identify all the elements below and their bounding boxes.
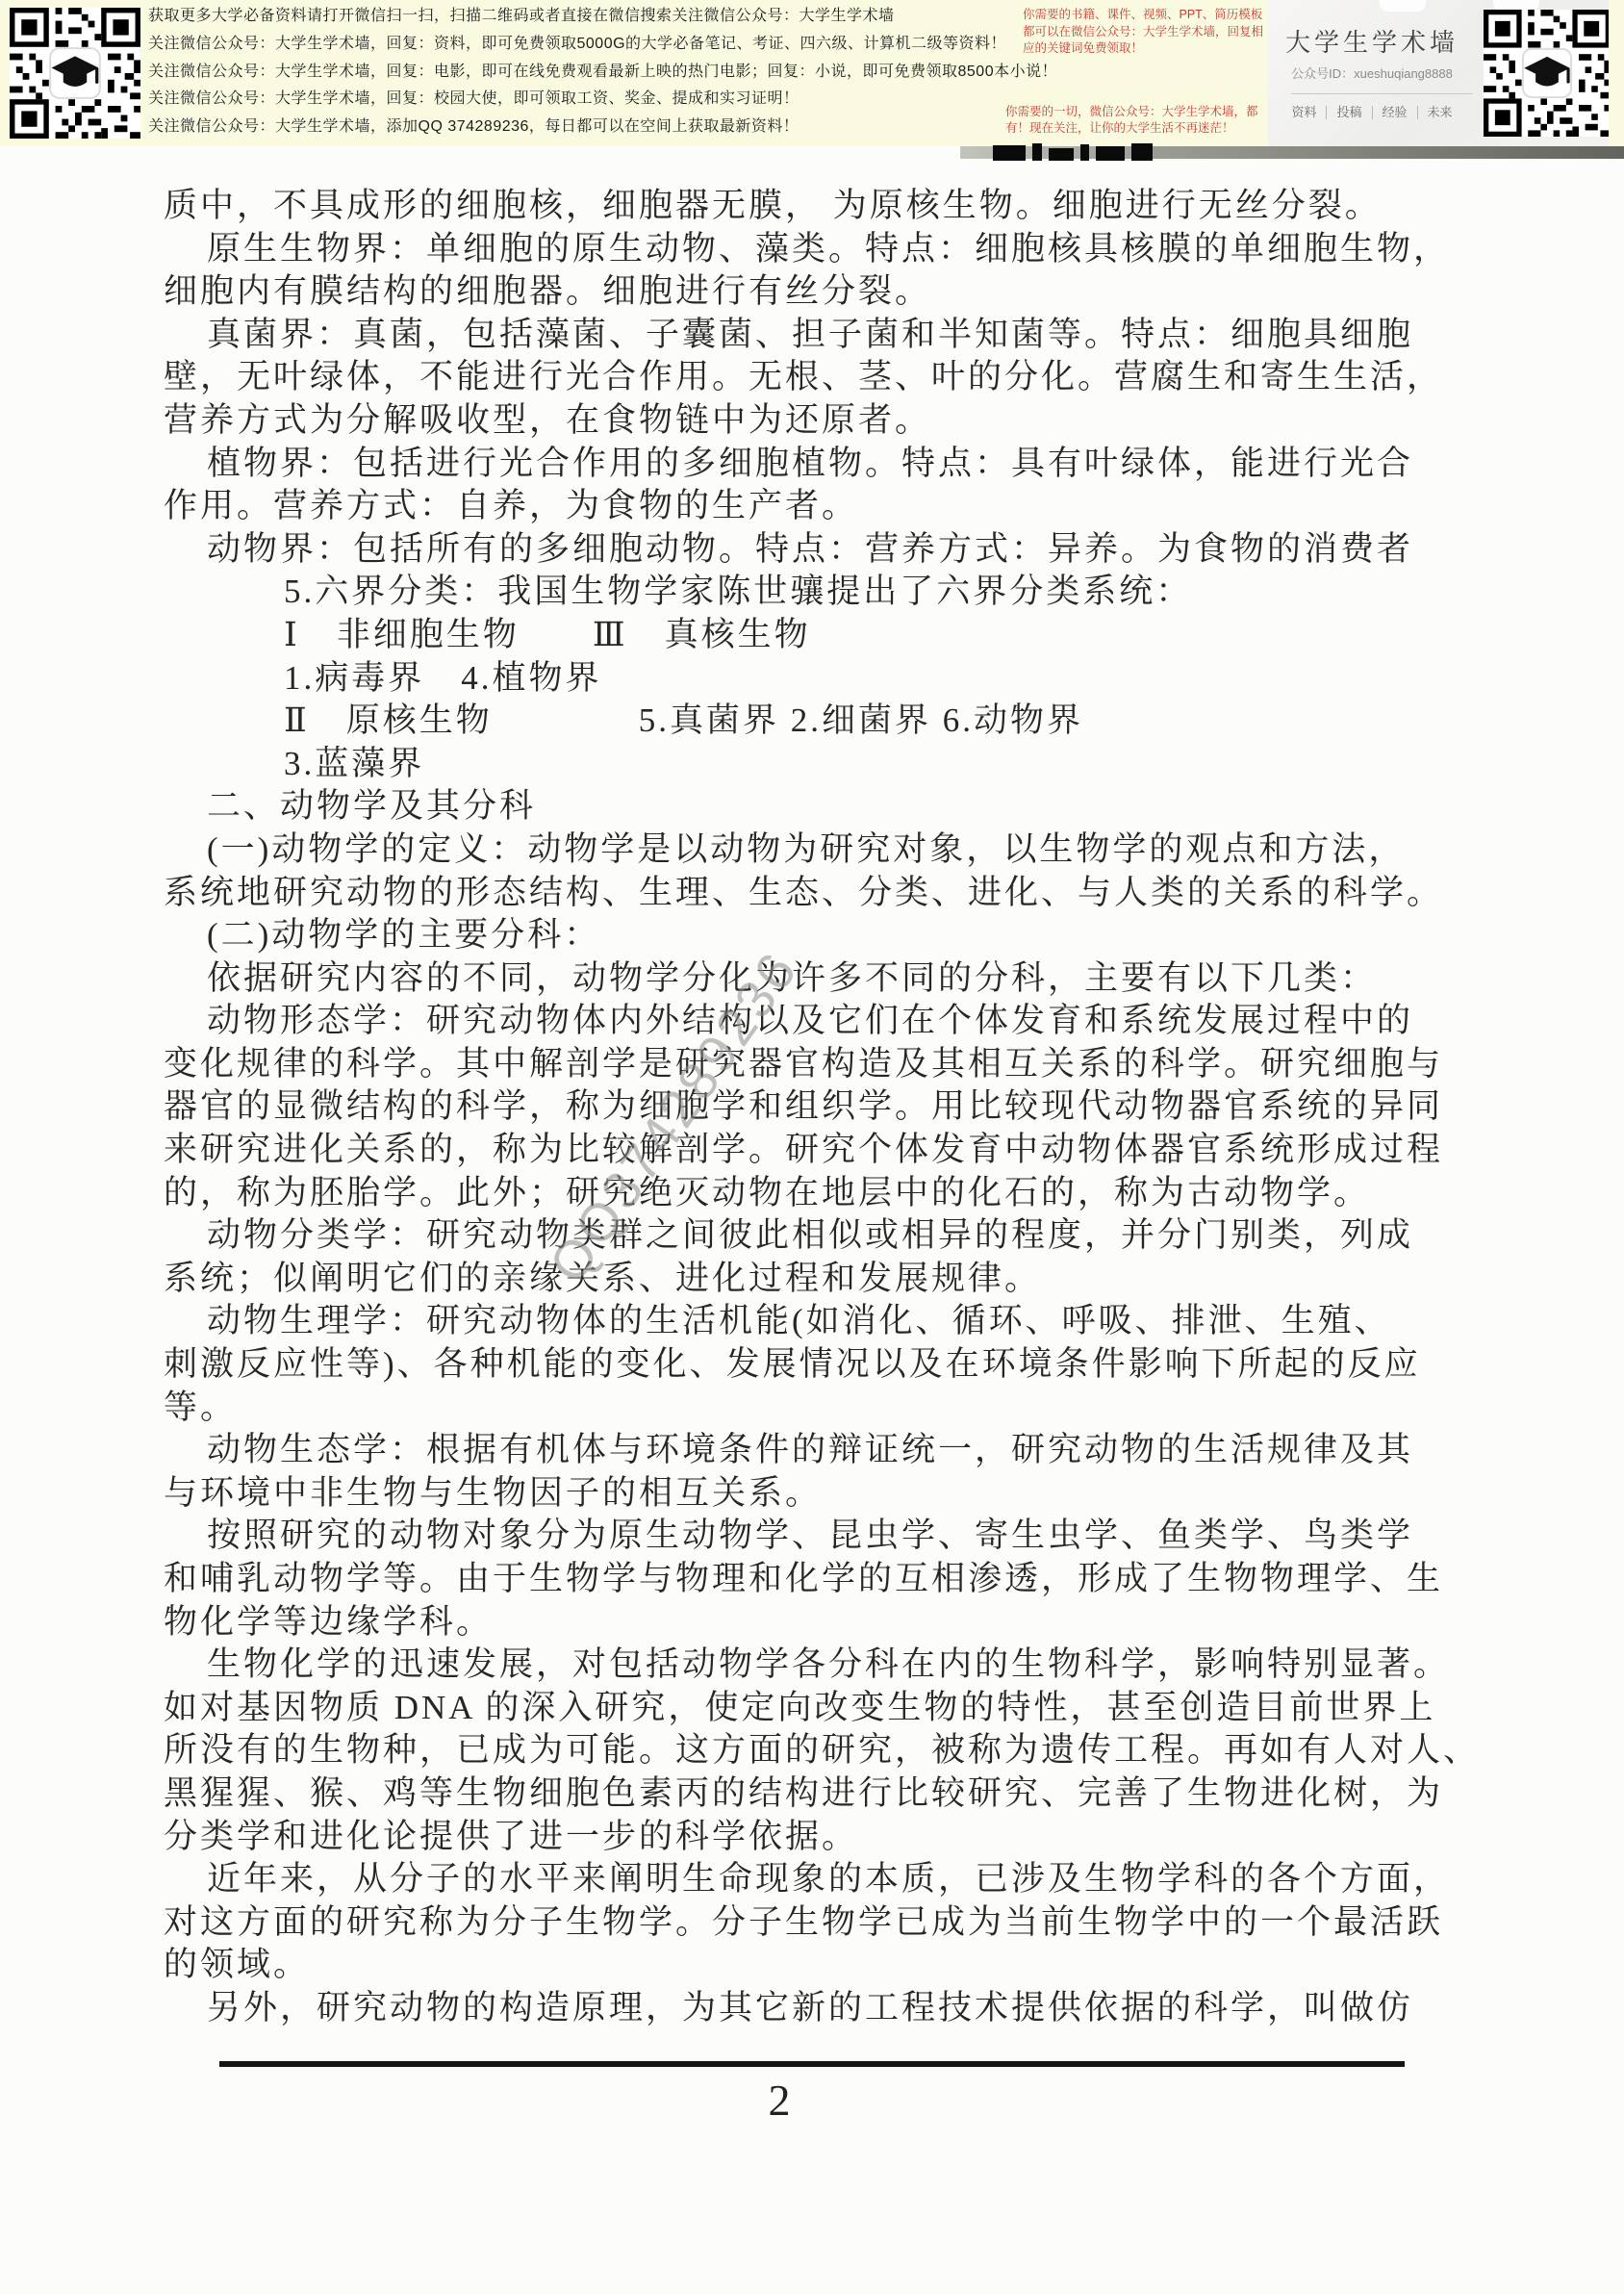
document-line: 动物生理学：研究动物体的生活机能(如消化、循环、呼吸、排泄、生殖、 [164,1300,1474,1343]
document-line: 物化学等边缘学科。 [164,1601,1474,1644]
document-line: 5.六界分类：我国生物学家陈世骧提出了六界分类系统： [164,571,1474,614]
document-line: 二、动物学及其分科 [164,785,1474,828]
promo-banner: 获取更多大学必备资料请打开微信扫一扫，扫描二维码或者直接在微信搜索关注微信公众号… [0,0,1624,146]
account-card-title: 大学生学术墙 [1268,23,1476,59]
banner-text-line: 关注微信公众号：大学生学术墙，回复：电影，即可在线免费观看最新上映的热门电影；回… [148,59,1019,87]
document-line: 的领域。 [164,1944,1474,1987]
document-line: 变化规律的科学。其中解剖学是研究器官构造及其相互关系的科学。研究细胞与 [164,1043,1474,1086]
document-line: 对这方面的研究称为分子生物学。分子生物学已成为当前生物学中的一个最活跃 [164,1901,1474,1945]
document-line: 刺激反应性等)、各种机能的变化、发展情况以及在环境条件影响下所起的反应 [164,1343,1474,1387]
card-menu-item: 资料 [1281,106,1326,119]
document-line: 动物分类学：研究动物类群之间彼此相似或相异的程度，并分门别类，列成 [164,1214,1474,1258]
document-line: 壁，无叶绿体，不能进行光合作用。无根、茎、叶的分化。营腐生和寄生生活， [164,356,1474,399]
document-line: 1.病毒界 4.植物界 [164,657,1474,701]
document-line: 真菌界：真菌，包括藻菌、子囊菌、担子菌和半知菌等。特点：细胞具细胞 [164,314,1474,357]
document-line: 来研究进化关系的，称为比较解剖学。研究个体发育中动物体器官系统形成过程 [164,1129,1474,1172]
footer-rule [219,2061,1405,2067]
promo-note-top: 你需要的书籍、课件、视频、PPT、简历模板都可以在微信公众号：大学生学术墙，回复… [1023,7,1269,58]
document-line: 与环境中非生物与生物因子的相互关系。 [164,1472,1474,1516]
document-line: 生物化学的迅速发展，对包括动物学各分科在内的生物科学，影响特别显著。 [164,1644,1474,1687]
document-line: 的，称为胚胎学。此外；研究绝灭动物在地层中的化石的，称为古动物学。 [164,1172,1474,1215]
document-line: 器官的显微结构的科学，称为细胞学和组织学。用比较现代动物器官系统的异同 [164,1085,1474,1129]
card-decoration-tab [1380,0,1426,12]
document-line: 动物生态学：根据有机体与环境条件的辩证统一，研究动物的生活规律及其 [164,1429,1474,1472]
banner-text-line: 关注微信公众号：大学生学术墙，回复：校园大使，即可领取工资、奖金、提成和实习证明… [148,86,1019,114]
document-line: 如对基因物质 DNA 的深入研究，使定向改变生物的特性，甚至创造目前世界上 [164,1687,1474,1730]
card-menu-item: 投稿 [1326,106,1371,119]
banner-text-line: 关注微信公众号：大学生学术墙，回复：资料，即可免费领取5000G的大学必备笔记、… [148,31,1019,59]
document-line: 动物形态学：研究动物体内外结构以及它们在个体发育和系统发展过程中的 [164,1000,1474,1043]
document-line: 另外，研究动物的构造原理，为其它新的工程技术提供依据的科学，叫做仿 [164,1987,1474,2030]
document-line: 黑猩猩、猴、鸡等生物细胞色素丙的结构进行比较研究、完善了生物进化树，为 [164,1772,1474,1816]
promo-note-bottom: 你需要的一切，微信公众号：大学生学术墙，都有！现在关注，让你的大学生活不再迷茫！ [1005,104,1267,137]
document-line: 分类学和进化论提供了进一步的科学依据。 [164,1816,1474,1859]
banner-text-line: 获取更多大学必备资料请打开微信扫一扫，扫描二维码或者直接在微信搜索关注微信公众号… [148,3,1019,31]
document-line: 营养方式为分解吸收型，在食物链中为还原者。 [164,399,1474,443]
banner-text-line: 关注微信公众号：大学生学术墙，添加QQ 374289236，每日都可以在空间上获… [148,114,1019,141]
document-line: (一)动物学的定义：动物学是以动物为研究对象，以生物学的观点和方法， [164,828,1474,872]
document-line: 原生生物界：单细胞的原生动物、藻类。特点：细胞核具核膜的单细胞生物， [164,228,1474,271]
banner-text-lines: 获取更多大学必备资料请打开微信扫一扫，扫描二维码或者直接在微信搜索关注微信公众号… [148,3,1019,141]
card-divider [1291,93,1472,94]
document-line: 按照研究的动物对象分为原生动物学、昆虫学、寄生虫学、鱼类学、鸟类学 [164,1515,1474,1558]
card-menu-item: 经验 [1372,106,1417,119]
document-text: 质中，不具成形的细胞核，细胞器无膜， 为原核生物。细胞进行无丝分裂。原生生物界：… [164,185,1474,2030]
account-card-id: 公众号ID：xueshuqiang8888 [1268,64,1476,82]
document-line: Ⅰ 非细胞生物 Ⅲ 真核生物 [164,614,1474,657]
document-line: 系统地研究动物的形态结构、生理、生态、分类、进化、与人类的关系的科学。 [164,872,1474,915]
document-line: 细胞内有膜结构的细胞器。细胞进行有丝分裂。 [164,270,1474,314]
qr-code-right [1484,10,1609,137]
account-card: 大学生学术墙 公众号ID：xueshuqiang8888 资料投稿经验未来 [1268,0,1609,146]
document-line: 依据研究内容的不同，动物学分化为许多不同的分科，主要有以下几类： [164,957,1474,1001]
scan-artifact-marks [993,143,1153,161]
document-line: 作用。营养方式：自养，为食物的生产者。 [164,485,1474,528]
document-line: 所没有的生物种，已成为可能。这方面的研究，被称为遗传工程。再如有人对人、 [164,1729,1474,1772]
document-line: Ⅱ 原核生物 5.真菌界 2.细菌界 6.动物界 [164,700,1474,743]
card-menu-item: 未来 [1417,106,1462,119]
document-line: (二)动物学的主要分科： [164,914,1474,957]
document-line: 质中，不具成形的细胞核，细胞器无膜， 为原核生物。细胞进行无丝分裂。 [164,185,1474,228]
document-line: 和哺乳动物学等。由于生物学与物理和化学的互相渗透，形成了生物物理学、生 [164,1558,1474,1601]
document-line: 近年来，从分子的水平来阐明生命现象的本质，已涉及生物学科的各个方面， [164,1858,1474,1901]
document-line: 系统；似阐明它们的亲缘关系、进化过程和发展规律。 [164,1258,1474,1301]
qr-code-left [10,8,140,139]
page-number: 2 [731,2075,827,2126]
document-line: 3.蓝藻界 [164,743,1474,786]
document-line: 植物界：包括进行光合作用的多细胞植物。特点：具有叶绿体，能进行光合 [164,443,1474,486]
account-card-menu: 资料投稿经验未来 [1268,106,1476,119]
document-line: 动物界：包括所有的多细胞动物。特点：营养方式：异养。为食物的消费者 [164,528,1474,572]
document-line: 等。 [164,1387,1474,1430]
